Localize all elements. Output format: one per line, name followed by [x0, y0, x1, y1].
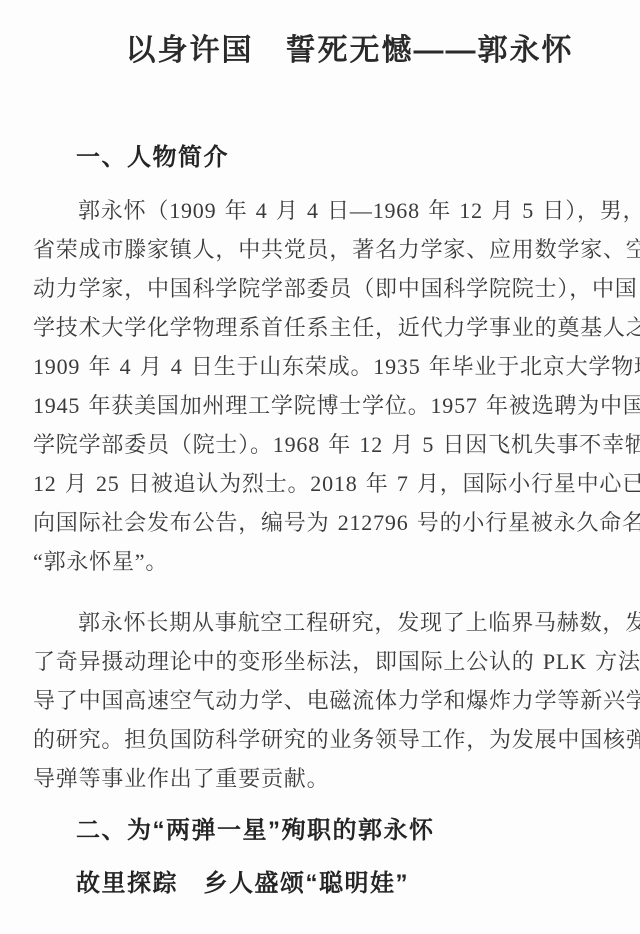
document-content: 以身许国 誓死无憾——郭永怀 一、人物简介 郭永怀（1909 年 4 月 4 日… — [33, 0, 640, 897]
document-page: 以身许国 誓死无憾——郭永怀 一、人物简介 郭永怀（1909 年 4 月 4 日… — [0, 0, 640, 934]
text-line: 学院学部委员（院士）。1968 年 12 月 5 日因飞机失事不幸牺牲 — [33, 425, 640, 464]
text-line: 12 月 25 日被追认为烈士。2018 年 7 月，国际小行星中心已正 — [33, 464, 640, 503]
text-line: 郭永怀长期从事航空工程研究，发现了上临界马赫数，发 — [33, 603, 640, 642]
document-title: 以身许国 誓死无憾——郭永怀 — [33, 31, 640, 71]
text-line: 1945 年获美国加州理工学院博士学位。1957 年被选聘为中国 — [33, 386, 640, 425]
text-line: 的研究。担负国防科学研究的业务领导工作，为发展中国核弹 — [33, 720, 640, 759]
text-line: 省荣成市滕家镇人，中共党员，著名力学家、应用数学家、空 — [33, 230, 640, 269]
text-line: 郭永怀（1909 年 4 月 4 日—1968 年 12 月 5 日），男，山 — [33, 191, 640, 230]
paragraph-2: 郭永怀长期从事航空工程研究，发现了上临界马赫数，发 了奇异摄动理论中的变形坐标法… — [33, 603, 640, 798]
section-1-heading: 一、人物简介 — [76, 145, 640, 171]
text-line: 导了中国高速空气动力学、电磁流体力学和爆炸力学等新兴学 — [33, 681, 640, 720]
text-line: “郭永怀星”。 — [33, 542, 640, 581]
section-2-subheading: 故里探踪 乡人盛颂“聪明娃” — [76, 871, 640, 897]
text-line: 了奇异摄动理论中的变形坐标法，即国际上公认的 PLK 方法， — [33, 642, 640, 681]
text-line: 学技术大学化学物理系首任系主任，近代力学事业的奠基人之 — [33, 308, 640, 347]
text-line: 1909 年 4 月 4 日生于山东荣成。1935 年毕业于北京大学物理系 — [33, 347, 640, 386]
paragraph-1: 郭永怀（1909 年 4 月 4 日—1968 年 12 月 5 日），男，山 … — [33, 191, 640, 581]
text-line: 导弹等事业作出了重要贡献。 — [33, 759, 640, 798]
section-2-heading: 二、为“两弹一星”殉职的郭永怀 — [76, 818, 640, 844]
text-line: 动力学家，中国科学院学部委员（即中国科学院院士），中国 — [33, 269, 640, 308]
text-line: 向国际社会发布公告，编号为 212796 号的小行星被永久命名 — [33, 503, 640, 542]
